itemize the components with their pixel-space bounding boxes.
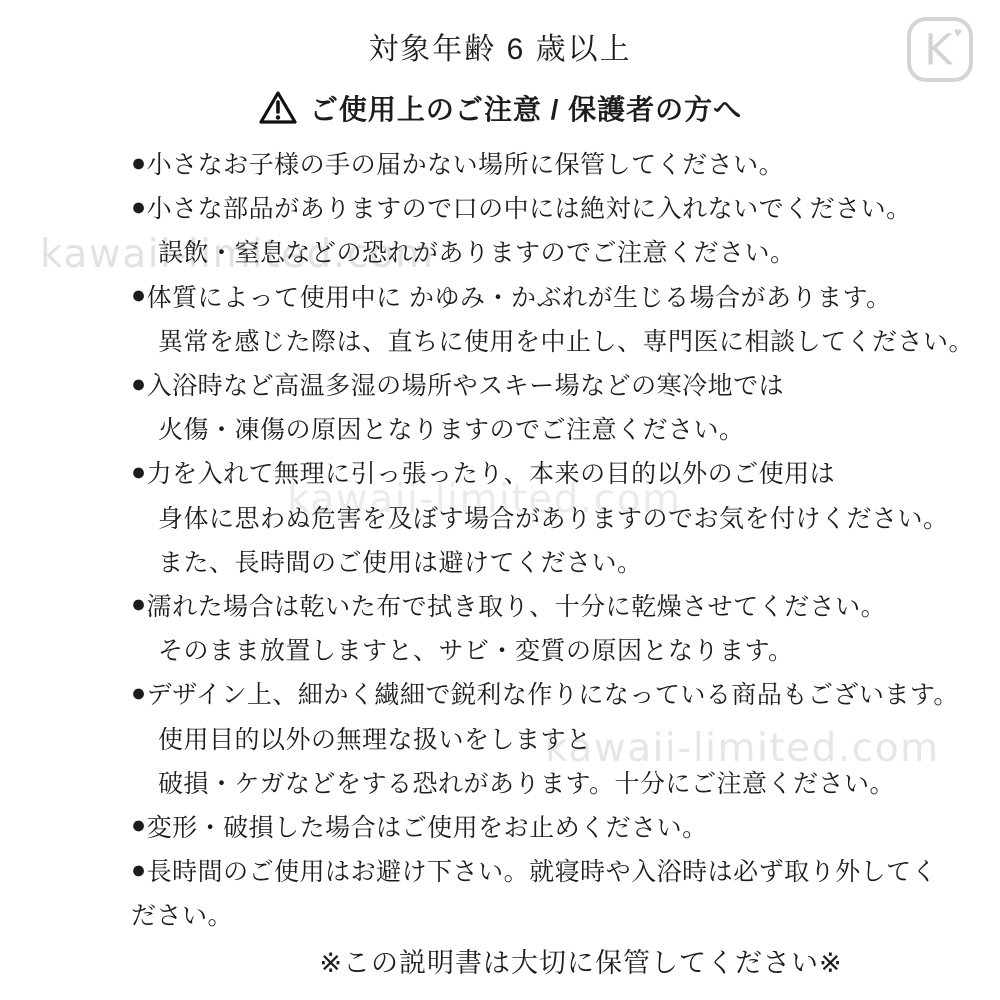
notice-line: 身体に思わぬ危害を及ぼす場合がありますのでお気を付けください。 [131,495,970,539]
notice-text: デザイン上、細かく繊細で鋭利な作りになっている商品もございます。 [147,675,959,711]
notice-list: ● 小さなお子様の手の届かない場所に保管してください。 ● 小さな部品があります… [131,141,970,936]
notice-text: そのまま放置しますと、サビ・変質の原因となります。 [158,631,794,667]
notice-text: 破損・ケガなどをする恐れがあります。十分にご注意ください。 [158,764,895,800]
notice-line: ● 長時間のご使用はお避け下さい。就寝時や入浴時は必ず取り外してく [131,848,970,892]
notice-text: 長時間のご使用はお避け下さい。就寝時や入浴時は必ず取り外してく [147,852,938,888]
footer-note: ※この説明書は大切に保管してください※ [162,941,1000,980]
notice-line: ● 入浴時など高温多湿の場所やスキー場などの寒冷地では [131,362,970,406]
notice-line: そのまま放置しますと、サビ・変質の原因となります。 [131,627,970,671]
notice-line: ● デザイン上、細かく繊細で鋭利な作りになっている商品もございます。 [131,671,970,715]
notice-line: ● 小さな部品がありますので口の中には絶対に入れないでください。 [131,185,970,229]
notice-text: 異常を感じた際は、直ちに使用を中止し、専門医に相談してください。 [158,322,974,358]
bullet-marker: ● [131,590,147,619]
warning-triangle-icon [258,90,298,126]
bullet-marker: ● [131,811,147,840]
notice-text: 火傷・凍傷の原因となりますのでご注意ください。 [158,410,745,446]
notice-line: ● 変形・破損した場合はご使用をお止めください。 [131,804,970,848]
instruction-sheet: kawaii-limited.com kawaii-limited.com ka… [0,0,1000,1000]
bullet-marker: ● [131,679,147,708]
notice-line: 使用目的以外の無理な扱いをしますと [131,715,970,759]
notice-text: 力を入れて無理に引っ張ったり、本来の目的以外のご使用は [147,454,836,490]
notice-text: 誤飲・窒息などの恐れがありますのでご注意ください。 [158,233,796,269]
page-title: 対象年齢 6 歳以上 [0,24,1000,68]
bullet-marker: ● [131,193,147,222]
bullet-marker: ● [131,458,147,487]
notice-text: また、長時間のご使用は避けてください。 [158,543,643,579]
notice-line: 破損・ケガなどをする恐れがあります。十分にご注意ください。 [131,760,970,804]
notice-text: 濡れた場合は乾いた布で拭き取り、十分に乾燥させてください。 [147,587,887,623]
notice-line: 異常を感じた際は、直ちに使用を中止し、専門医に相談してください。 [131,318,970,362]
bullet-marker: ● [131,856,147,885]
notice-text: ださい。 [131,896,233,932]
notice-line: また、長時間のご使用は避けてください。 [131,539,970,583]
bullet-marker: ● [131,370,147,399]
notice-text: 小さな部品がありますので口の中には絶対に入れないでください。 [147,189,912,225]
notice-text: 入浴時など高温多湿の場所やスキー場などの寒冷地では [147,366,785,402]
warning-heading: ご使用上のご注意 / 保護者の方へ [0,88,1000,128]
notice-line: 火傷・凍傷の原因となりますのでご注意ください。 [131,406,970,450]
notice-text: 体質によって使用中に かゆみ・かぶれが生じる場合があります。 [147,278,892,314]
notice-line: ださい。 [131,892,970,936]
notice-line: ● 力を入れて無理に引っ張ったり、本来の目的以外のご使用は [131,450,970,494]
notice-line: ● 濡れた場合は乾いた布で拭き取り、十分に乾燥させてください。 [131,583,970,627]
notice-line: ● 体質によって使用中に かゆみ・かぶれが生じる場合があります。 [131,274,970,318]
notice-text: 変形・破損した場合はご使用をお止めください。 [147,808,708,844]
bullet-marker: ● [131,149,147,178]
warning-heading-text: ご使用上のご注意 / 保護者の方へ [310,88,742,128]
notice-text: 身体に思わぬ危害を及ぼす場合がありますのでお気を付けください。 [158,499,949,535]
notice-text: 使用目的以外の無理な扱いをしますと [158,720,592,756]
bullet-marker: ● [131,281,147,310]
notice-line: 誤飲・窒息などの恐れがありますのでご注意ください。 [131,229,970,273]
notice-text: 小さなお子様の手の届かない場所に保管してください。 [147,145,785,181]
notice-line: ● 小さなお子様の手の届かない場所に保管してください。 [131,141,970,185]
